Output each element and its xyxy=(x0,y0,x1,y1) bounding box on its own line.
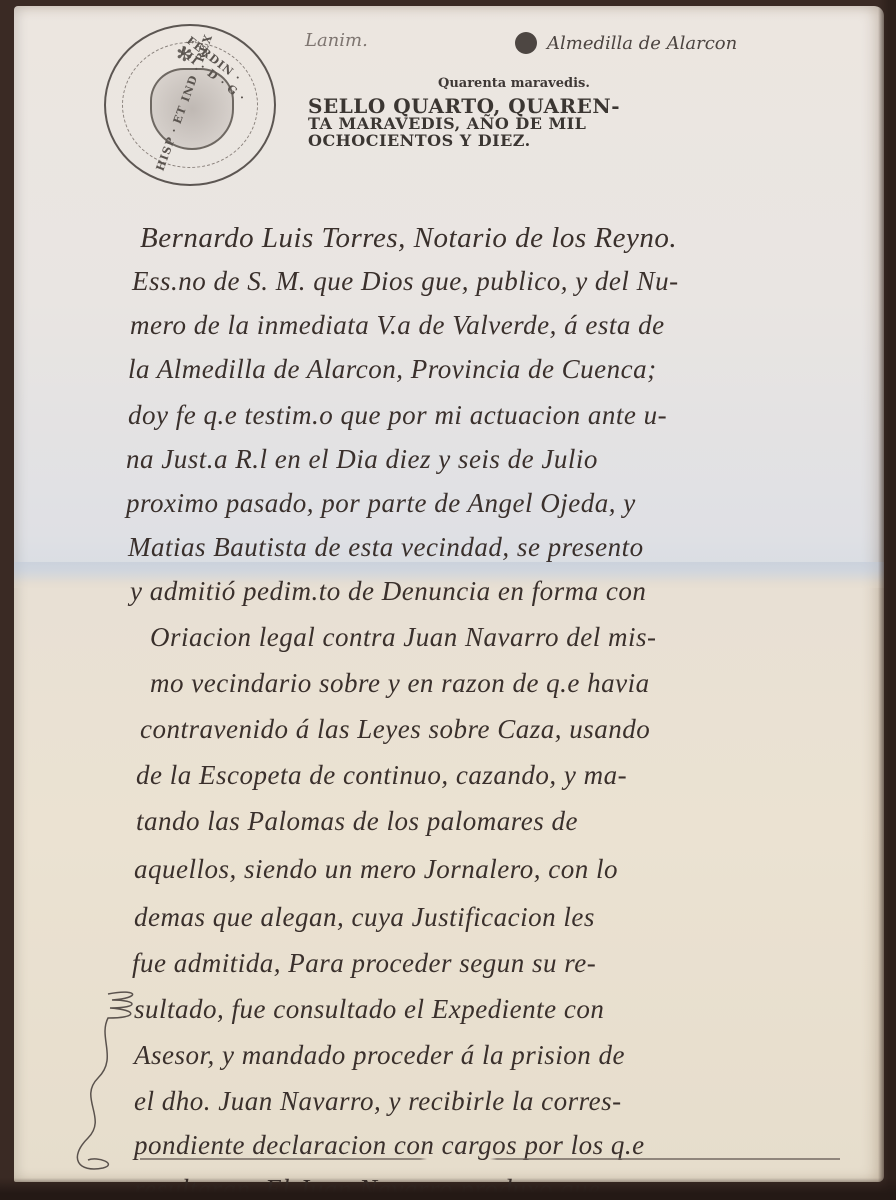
body-line: na Just.a R.l en el Dia diez y seis de J… xyxy=(126,444,598,475)
corner-note: Lanim. xyxy=(305,30,368,51)
closing-rule xyxy=(140,1158,840,1160)
stamp-title-line-1: SELLO QUARTO, QUAREN- xyxy=(308,98,848,115)
body-line: demas que alegan, cuya Justificacion les xyxy=(134,902,595,933)
body-line: mero de la inmediata V.a de Valverde, á … xyxy=(130,310,665,341)
body-line: contravenido á las Leyes sobre Caza, usa… xyxy=(140,714,650,745)
body-line: doy fe q.e testim.o que por mi actuacion… xyxy=(128,400,667,431)
body-line: Bernardo Luis Torres, Notario de los Rey… xyxy=(140,222,677,255)
page-edge-shadow xyxy=(878,0,896,1200)
body-line: tando las Palomas de los palomares de xyxy=(136,806,578,837)
body-line: proximo pasado, por parte de Angel Ojeda… xyxy=(126,488,636,519)
royal-seal: ✻ FERDIN · VII · D · G · HISP · ET IND ·… xyxy=(104,24,276,186)
place-stamp: Almedilla de Alarcon xyxy=(515,32,737,54)
price-line: Quarenta maravedis. xyxy=(438,76,590,91)
body-line: pondiente declaracion con cargos por los… xyxy=(134,1130,645,1161)
body-line: mo vecindario sobre y en razon de q.e ha… xyxy=(150,668,650,699)
body-line: el dho. Juan Navarro, y recibirle la cor… xyxy=(134,1086,622,1117)
body-line: y admitió pedim.to de Denuncia en forma … xyxy=(130,576,646,607)
body-line: Ess.no de S. M. que Dios gue, publico, y… xyxy=(132,266,679,297)
stamp-title-line-2: TA MARAVEDIS, AÑO DE MIL xyxy=(308,115,848,132)
margin-flourish-icon xyxy=(68,988,148,1178)
body-line: Asesor, y mandado proceder á la prision … xyxy=(134,1040,625,1071)
stamp-title-line-3: OCHOCIENTOS Y DIEZ. xyxy=(308,132,848,149)
body-line: fue admitida, Para proceder segun su re- xyxy=(132,948,596,979)
place-name: Almedilla de Alarcon xyxy=(547,33,737,54)
body-line: Oriacion legal contra Juan Navarro del m… xyxy=(150,622,656,653)
body-line: la Almedilla de Alarcon, Provincia de Cu… xyxy=(128,354,657,385)
ink-stamp-icon xyxy=(515,32,537,54)
body-line: Matias Bautista de esta vecindad, se pre… xyxy=(128,532,644,563)
body-line: aquellos, siendo un mero Jornalero, con … xyxy=(134,854,618,885)
body-line: sultado, fue consultado el Expediente co… xyxy=(134,994,604,1025)
stamp-title: SELLO QUARTO, QUAREN- TA MARAVEDIS, AÑO … xyxy=(308,98,848,149)
background-table xyxy=(0,1178,896,1200)
body-line: de la Escopeta de continuo, cazando, y m… xyxy=(136,760,627,791)
